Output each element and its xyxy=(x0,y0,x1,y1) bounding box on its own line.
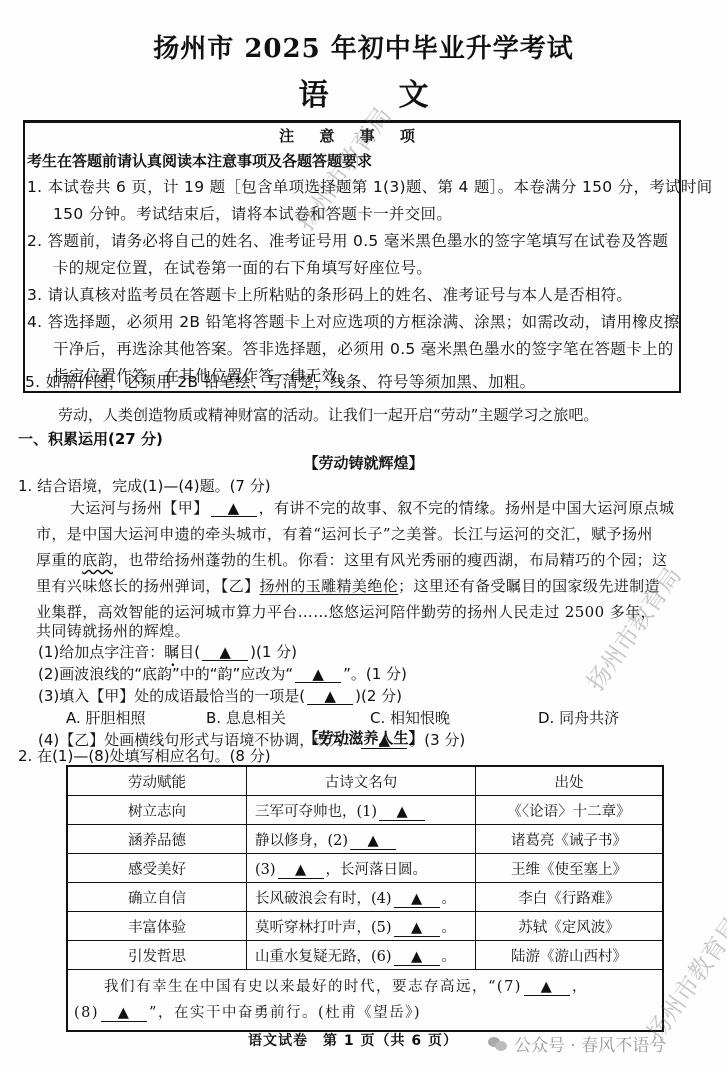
quote-cell: (3)▲，长河落日圆。 xyxy=(247,854,476,883)
theme-cell: 涵养品德 xyxy=(67,825,247,854)
quote-text: 。 xyxy=(442,949,457,965)
subject-title: 语文 xyxy=(0,70,727,114)
table-row: 引发哲思 山重水复疑无路，(6)▲。 陆游《游山西村》 xyxy=(67,941,663,970)
sub-question-points: )(1 分) xyxy=(250,643,297,661)
option-d[interactable]: D. 同舟共济 xyxy=(538,707,619,728)
closing-text: ， xyxy=(572,979,588,995)
sub-question-text: (3)填入【甲】处的成语最恰当的一项是( xyxy=(38,687,305,705)
notice-item-1: 1. 本试卷共 6 页，计 19 题［包含单项选择题第 1(3)题、第 4 题］… xyxy=(27,175,712,197)
quote-text: 山重水复疑无路，(6) xyxy=(255,949,392,965)
quote-cell: 山重水复疑无路，(6)▲。 xyxy=(247,941,476,970)
sub-question-points: )(2 分) xyxy=(355,687,402,705)
passage-line-4: 里有兴味悠长的扬州弹词，【乙】扬州的玉雕精美绝伦；这里还有备受瞩目的国家级先进制… xyxy=(36,575,696,596)
question-1-title: 1. 结合语境，完成(1)—(4)题。(7 分) xyxy=(18,475,271,496)
wavy-underlined-word: 底韵 xyxy=(82,551,113,569)
table-row: 树立志向 三军可夺帅也，(1)▲ 《〈论语〉十二章》 xyxy=(67,796,663,825)
closing-text: ”，在实干中奋勇前行。(杜甫《望岳》) xyxy=(149,1005,421,1021)
notice-box: 注 意 事 项 考生在答题前请认真阅读本注意事项及各题答题要求 1. 本试卷共 … xyxy=(23,120,681,393)
table-row: 感受美好 (3)▲，长河落日圆。 王维《使至塞上》 xyxy=(67,854,663,883)
passage-text: 大运河与扬州【甲】 xyxy=(70,499,209,517)
quote-text: 。 xyxy=(442,891,457,907)
dotted-character: 瞩 xyxy=(164,643,179,661)
option-b[interactable]: B. 息息相关 xyxy=(206,707,286,728)
quote-text: 静以修身，(2) xyxy=(255,833,348,849)
notice-item-3: 3. 请认真核对监考员在答题卡上所粘贴的条形码上的姓名、准考证号与本人是否相符。 xyxy=(27,283,632,305)
quote-cell: 莫听穿林打叶声，(5)▲。 xyxy=(247,912,476,941)
quote-text: (3) xyxy=(255,862,276,878)
theme-cell: 感受美好 xyxy=(67,854,247,883)
page-footer: 语文试卷 第 1 页（共 6 页） xyxy=(248,1030,458,1050)
source-cell: 苏轼《定风波》 xyxy=(476,912,664,941)
exam-title: 扬州市 2025 年初中毕业升学考试 xyxy=(0,28,727,65)
passage-text: ，也带给扬州蓬勃的生机。你看：这里有风光秀丽的瘦西湖，布局精巧的个园；这 xyxy=(113,551,667,569)
table-header: 劳动赋能 xyxy=(67,766,247,796)
source-cell: 陆游《游山西村》 xyxy=(476,941,664,970)
table-row: 确立自信 长风破浪会有时，(4)▲。 李白《行路难》 xyxy=(67,883,663,912)
quote-cell: 三军可夺帅也，(1)▲ xyxy=(247,796,476,825)
notice-heading: 注 意 事 项 xyxy=(25,125,679,146)
answer-blank[interactable]: ▲ xyxy=(295,666,341,683)
intro-text: 劳动，人类创造物质或精神财富的活动。让我们一起开启“劳动”主题学习之旅吧。 xyxy=(58,404,598,425)
wechat-watermark: 公众号 · 春风不语兮 xyxy=(488,1031,666,1056)
table-header: 出处 xyxy=(476,766,664,796)
sub-question-3: (3)填入【甲】处的成语最恰当的一项是(▲)(2 分) xyxy=(38,685,402,706)
answer-blank[interactable]: ▲ xyxy=(394,949,440,966)
sub-question-text: 目( xyxy=(179,643,200,661)
section-title: 一、积累运用(27 分) xyxy=(18,428,163,449)
source-cell: 李白《行路难》 xyxy=(476,883,664,912)
source-cell: 王维《使至塞上》 xyxy=(476,854,664,883)
notice-item-1-cont: 150 分钟。考试结束后，请将本试卷和答题卡一并交回。 xyxy=(53,202,452,224)
answer-blank[interactable]: ▲ xyxy=(394,891,440,908)
passage-line-5: 业集群，高效智能的运河城市算力平台……悠悠运河陪伴勤劳的扬州人民走过 2500 … xyxy=(36,601,696,622)
table-row: 涵养品德 静以修身，(2)▲ 诸葛亮《诫子书》 xyxy=(67,825,663,854)
watermark-text: 公众号 · 春风不语兮 xyxy=(514,1031,666,1056)
answer-blank[interactable]: ▲ xyxy=(307,688,353,705)
quote-text: 长风破浪会有时，(4) xyxy=(255,891,392,907)
answer-blank-8[interactable]: ▲ xyxy=(101,1005,147,1022)
theme-cell: 确立自信 xyxy=(67,883,247,912)
answer-blank[interactable]: ▲ xyxy=(394,920,440,937)
part1-heading: 【劳动铸就辉煌】 xyxy=(0,452,727,473)
table-header-row: 劳动赋能 古诗文名句 出处 xyxy=(67,766,663,796)
sub-question-2: (2)画波浪线的“底韵”中的“韵”应改为“▲”。(1 分) xyxy=(38,663,407,684)
answer-blank-7[interactable]: ▲ xyxy=(524,979,570,996)
quote-text: 三军可夺帅也，(1) xyxy=(255,804,377,820)
quote-text: 莫听穿林打叶声，(5) xyxy=(255,920,392,936)
quote-text: ，长河落日圆。 xyxy=(326,862,428,878)
passage-line-6: 共同铸就扬州的辉煌。 xyxy=(36,620,696,641)
option-c[interactable]: C. 相知恨晚 xyxy=(370,707,450,728)
quote-text: 。 xyxy=(442,920,457,936)
quote-cell: 静以修身，(2)▲ xyxy=(247,825,476,854)
passage-text: ，有讲不完的故事、叙不完的情缘。扬州是中国大运河原点城 xyxy=(259,499,675,517)
closing-text: (8) xyxy=(74,1005,99,1021)
passage-line-3: 厚重的底韵，也带给扬州蓬勃的生机。你看：这里有风光秀丽的瘦西湖，布局精巧的个园；… xyxy=(36,549,696,570)
passage-text: 厚重的 xyxy=(36,551,82,569)
option-a[interactable]: A. 肝胆相照 xyxy=(66,707,146,728)
theme-cell: 丰富体验 xyxy=(67,912,247,941)
sub-question-text: (1)给加点字注音： xyxy=(38,643,164,661)
sub-question-points: ”。(1 分) xyxy=(343,665,407,683)
notice-item-4: 4. 答选择题，必须用 2B 铅笔将答题卡上对应选项的方框涂满、涂黑；如需改动，… xyxy=(27,310,680,332)
theme-cell: 引发哲思 xyxy=(67,941,247,970)
exam-page: 扬州市 2025 年初中毕业升学考试 语文 注 意 事 项 考生在答题前请认真阅… xyxy=(0,0,727,1073)
sub-question-text: (2)画波浪线的“底韵”中的“韵”应改为“ xyxy=(38,665,293,683)
poem-table: 劳动赋能 古诗文名句 出处 树立志向 三军可夺帅也，(1)▲ 《〈论语〉十二章》… xyxy=(66,765,664,1032)
theme-cell: 树立志向 xyxy=(67,796,247,825)
notice-item-5: 5. 如需作图，必须用 2B 铅笔绘、写清楚，线条、符号等须加黑、加粗。 xyxy=(25,370,535,392)
answer-blank[interactable]: ▲ xyxy=(278,862,324,879)
answer-blank[interactable]: ▲ xyxy=(202,644,248,661)
notice-lead: 考生在答题前请认真阅读本注意事项及各题答题要求 xyxy=(27,150,372,171)
table-closing-row: 我们有幸生在中国有史以来最好的时代，要志存高远，“(7)▲， (8)▲”，在实干… xyxy=(67,970,663,1032)
answer-blank[interactable]: ▲ xyxy=(350,833,396,850)
source-cell: 诸葛亮《诫子书》 xyxy=(476,825,664,854)
closing-cell: 我们有幸生在中国有史以来最好的时代，要志存高远，“(7)▲， (8)▲”，在实干… xyxy=(67,970,663,1032)
notice-item-4-cont: 干净后，再选涂其他答案。答非选择题，必须用 0.5 毫米黑色墨水的签字笔在答题卡… xyxy=(53,337,674,359)
question-2-title: 2. 在(1)—(8)处填写相应名句。(8 分) xyxy=(18,745,271,766)
passage-text: 里有兴味悠长的扬州弹词，【乙】 xyxy=(36,577,260,595)
passage-line-2: 市，是中国大运河申遗的牵头城市，有着“运河长子”之美誉。长江与运河的交汇，赋予扬… xyxy=(36,523,696,544)
answer-blank[interactable]: ▲ xyxy=(379,804,425,821)
table-row: 丰富体验 莫听穿林打叶声，(5)▲。 苏轼《定风波》 xyxy=(67,912,663,941)
sub-question-1: (1)给加点字注音：瞩目(▲)(1 分) xyxy=(38,641,297,662)
table-header: 古诗文名句 xyxy=(247,766,476,796)
underlined-sentence: 扬州的玉雕精美绝伦 xyxy=(260,577,399,595)
source-cell: 《〈论语〉十二章》 xyxy=(476,796,664,825)
blank-jia[interactable]: ▲ xyxy=(211,500,257,517)
notice-item-2-cont: 卡的规定位置，在试卷第一面的右下角填写好座位号。 xyxy=(53,256,432,278)
closing-text: 我们有幸生在中国有史以来最好的时代，要志存高远，“(7) xyxy=(74,979,522,995)
passage-text: ；这里还有备受瞩目的国家级先进制造 xyxy=(398,577,660,595)
passage-line-1: 大运河与扬州【甲】▲，有讲不完的故事、叙不完的情缘。扬州是中国大运河原点城 xyxy=(70,497,727,518)
quote-cell: 长风破浪会有时，(4)▲。 xyxy=(247,883,476,912)
wechat-icon xyxy=(488,1036,508,1052)
notice-item-2: 2. 答题前，请务必将自己的姓名、准考证号用 0.5 毫米黑色墨水的签字笔填写在… xyxy=(27,229,668,251)
